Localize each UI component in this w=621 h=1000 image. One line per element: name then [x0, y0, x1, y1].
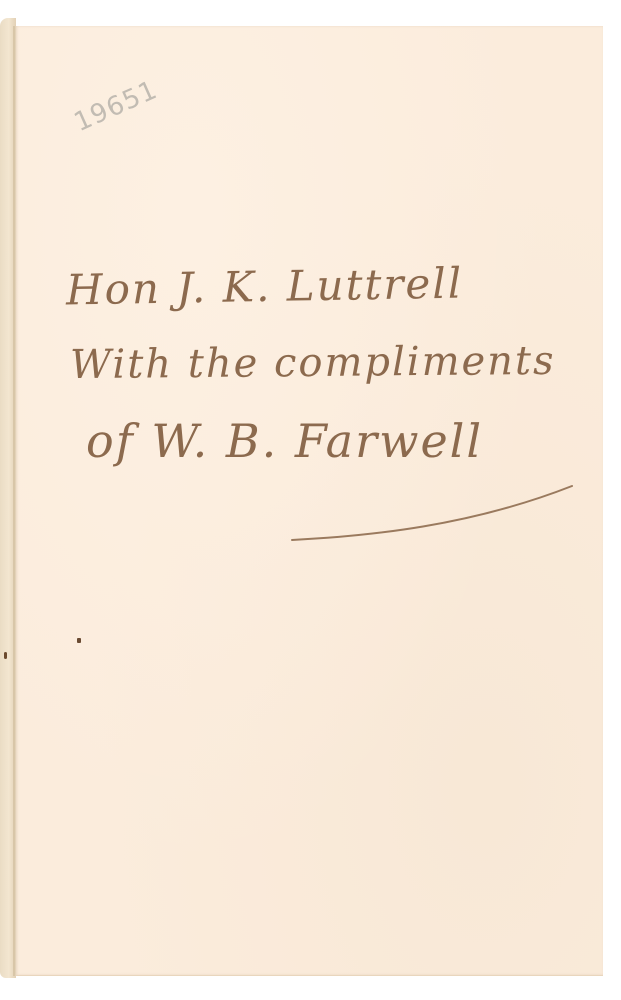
inscription-compliments: With the compliments [70, 338, 556, 388]
foxing-spot [77, 638, 81, 643]
spine-spot [4, 652, 7, 659]
binding-gutter [13, 26, 15, 976]
inscription-signature: of W. B. Farwell [86, 414, 483, 468]
signature-flourish [290, 478, 580, 548]
inscription-recipient: Hon J. K. Luttrell [66, 259, 464, 315]
